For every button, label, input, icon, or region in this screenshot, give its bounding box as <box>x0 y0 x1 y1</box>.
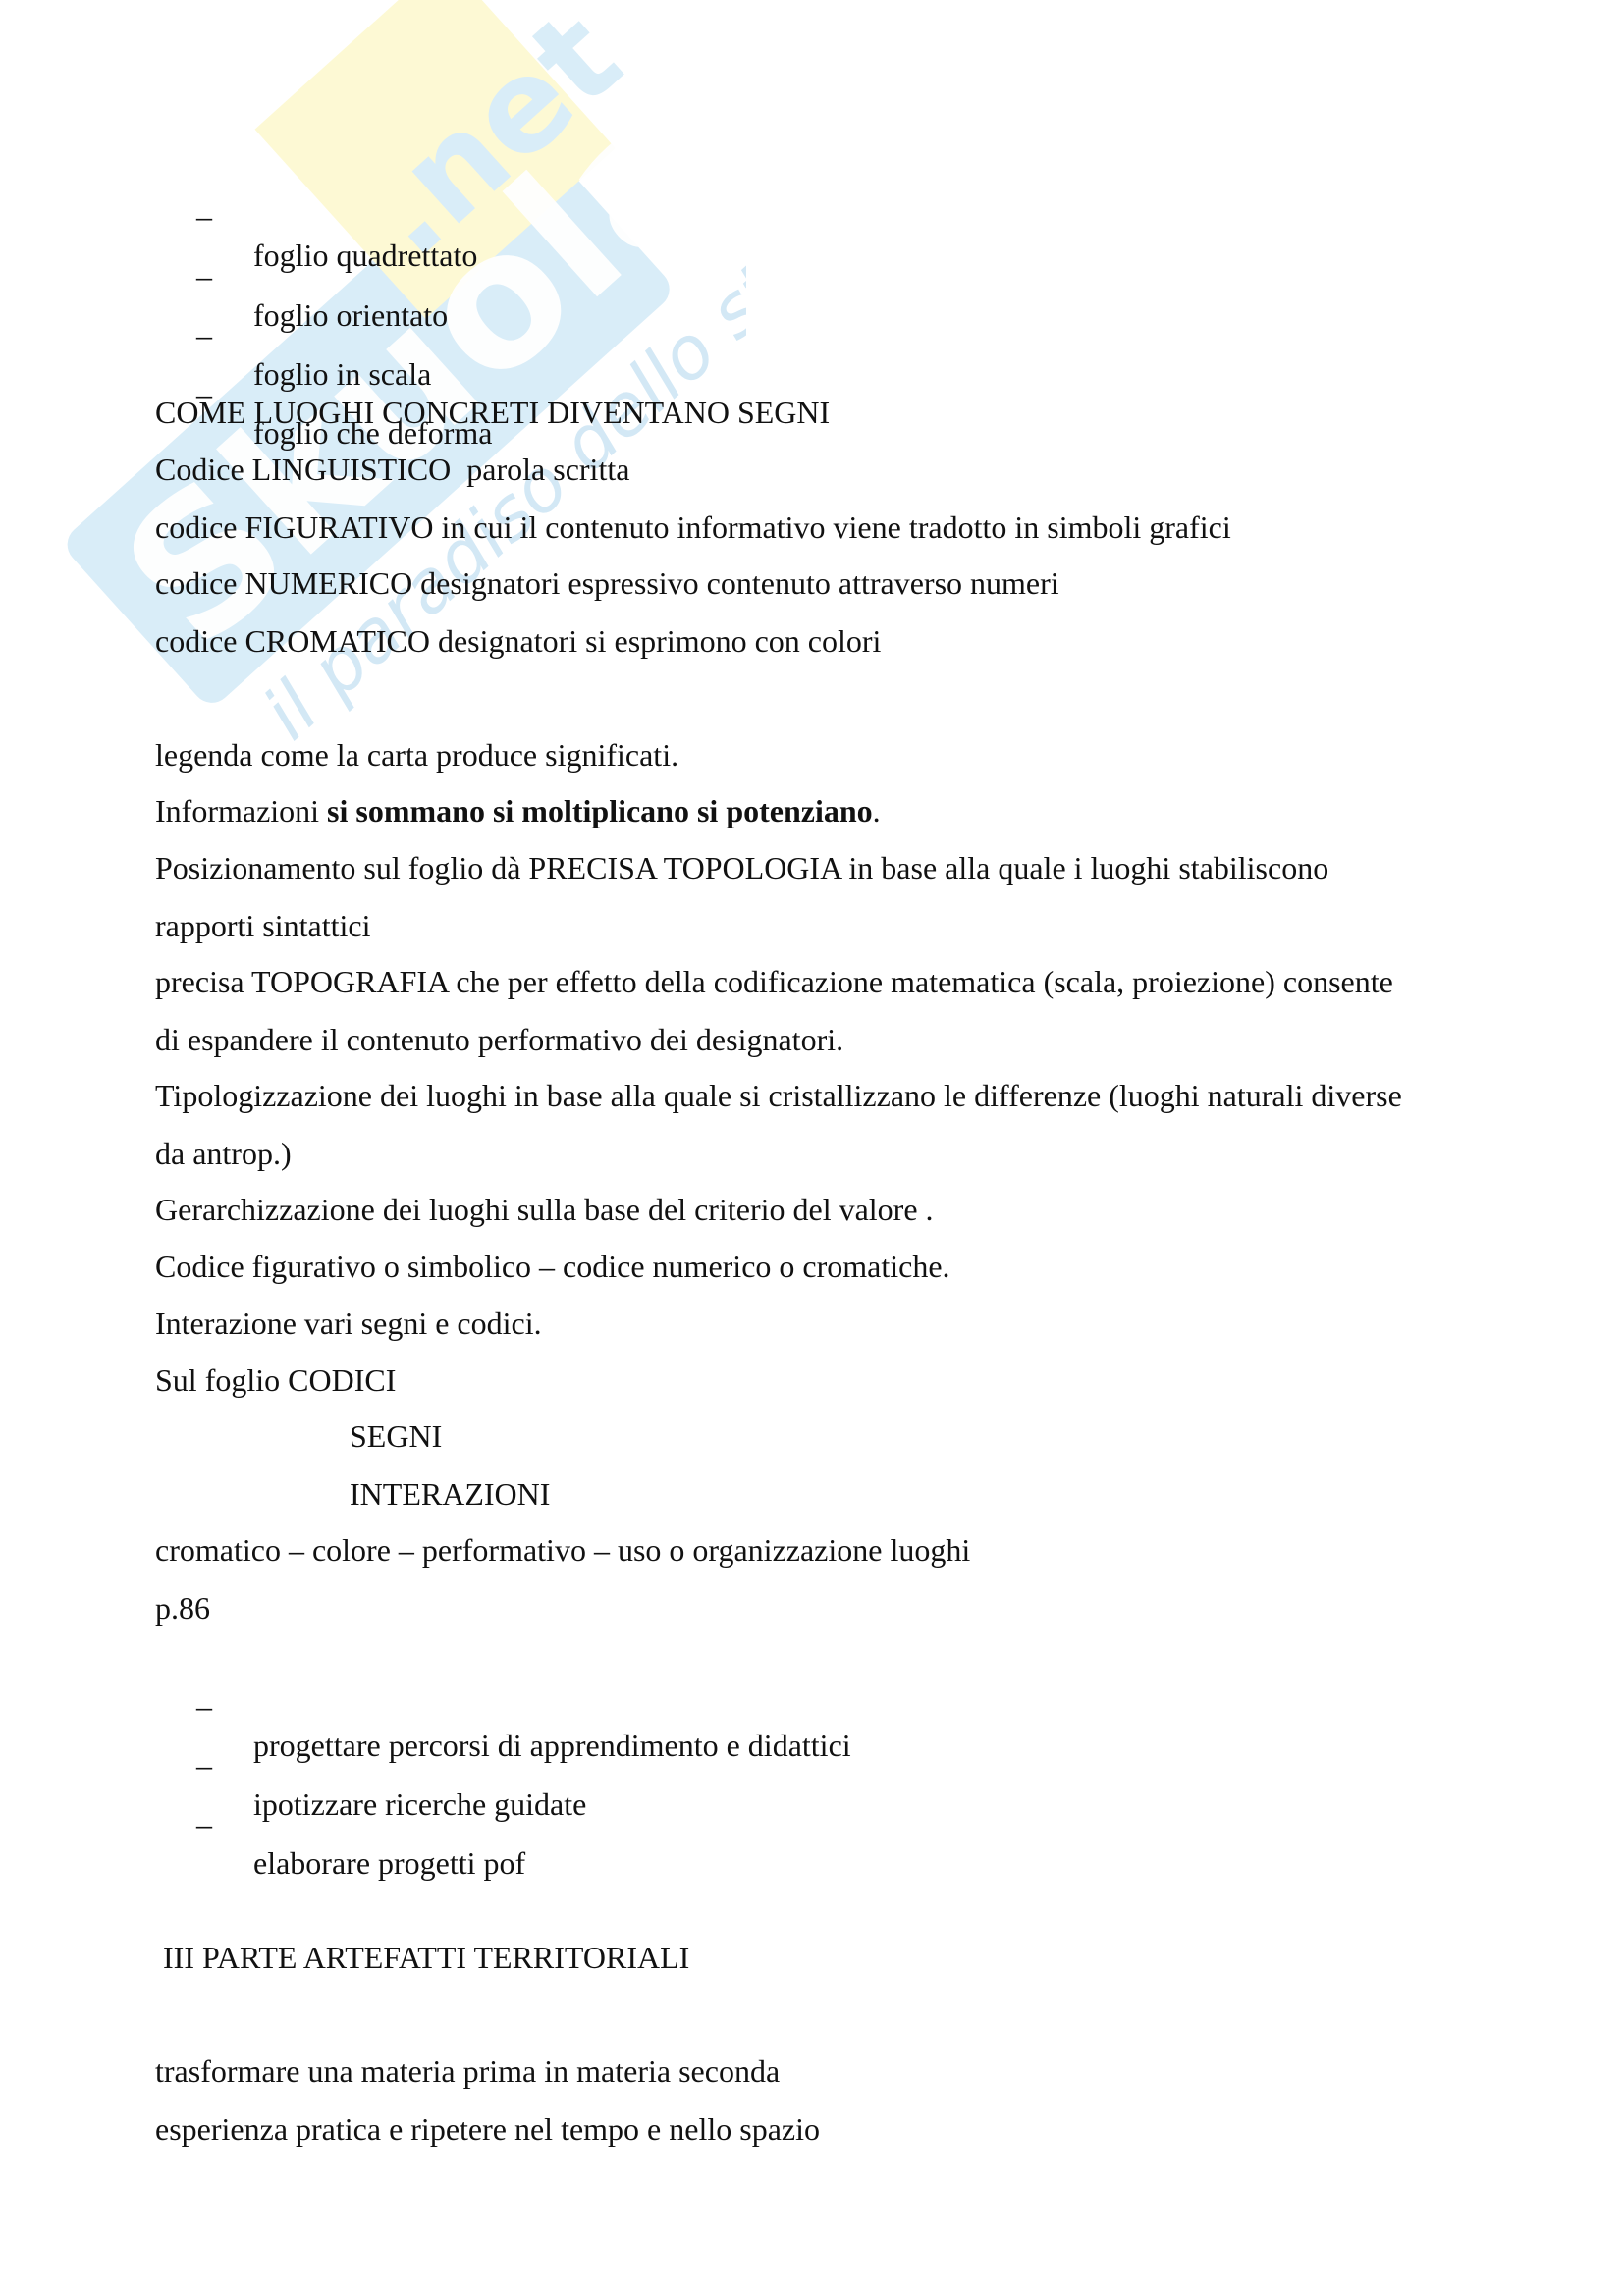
page-reference: p.86 <box>155 1588 210 1628</box>
cromatico-line: cromatico – colore – performativo – uso … <box>155 1530 970 1570</box>
dash-bullet-icon: – <box>196 315 212 354</box>
indented-line: INTERAZIONI <box>350 1474 550 1514</box>
paragraph-line: Sul foglio CODICI <box>155 1361 396 1400</box>
dash-bullet-icon: – <box>196 196 212 236</box>
paragraph-line: da antrop.) <box>155 1134 292 1173</box>
dash-bullet-icon: – <box>196 1745 212 1785</box>
code-line: Codice LINGUISTICO parola scritta <box>155 450 629 489</box>
dash-bullet-icon: – <box>196 1686 212 1726</box>
list-item: – foglio che deforma <box>0 335 31 492</box>
paragraph-line: Tipologizzazione dei luoghi in base alla… <box>155 1076 1402 1115</box>
indented-line: SEGNI <box>350 1416 442 1456</box>
section-heading: III PARTE ARTEFATTI TERRITORIALI <box>163 1938 689 1977</box>
code-line: codice FIGURATIVO in cui il contenuto in… <box>155 507 1231 547</box>
dash-bullet-icon: – <box>196 1804 212 1843</box>
document-page: Skuola .net il paradiso dello studente –… <box>0 0 1624 2296</box>
paragraph-line: precisa TOPOGRAFIA che per effetto della… <box>155 962 1393 1001</box>
legend-line: legenda come la carta produce significat… <box>155 735 678 774</box>
paragraph-line: Gerarchizzazione dei luoghi sulla base d… <box>155 1190 934 1229</box>
paragraph-line: Codice figurativo o simbolico – codice n… <box>155 1247 950 1286</box>
closing-line: esperienza pratica e ripetere nel tempo … <box>155 2109 820 2149</box>
heading-codes: COME LUOGHI CONCRETI DIVENTANO SEGNI <box>155 393 830 432</box>
code-line: codice NUMERICO designatori espressivo c… <box>155 563 1059 603</box>
dash-bullet-icon: – <box>196 256 212 295</box>
info-line: Informazioni si sommano si moltiplicano … <box>155 791 881 830</box>
closing-line: trasformare una materia prima in materia… <box>155 2052 780 2091</box>
list-item: – elaborare progetti pof <box>0 1765 31 1922</box>
paragraph-line: Interazione vari segni e codici. <box>155 1304 542 1343</box>
paragraph-line: rapporti sintattici <box>155 906 371 945</box>
bold-emphasis: si sommano si moltiplicano si potenziano <box>327 793 873 828</box>
paragraph-line: di espandere il contenuto performativo d… <box>155 1020 843 1059</box>
code-line: codice CROMATICO designatori si esprimon… <box>155 621 881 661</box>
paragraph-line: Posizionamento sul foglio dà PRECISA TOP… <box>155 848 1328 887</box>
